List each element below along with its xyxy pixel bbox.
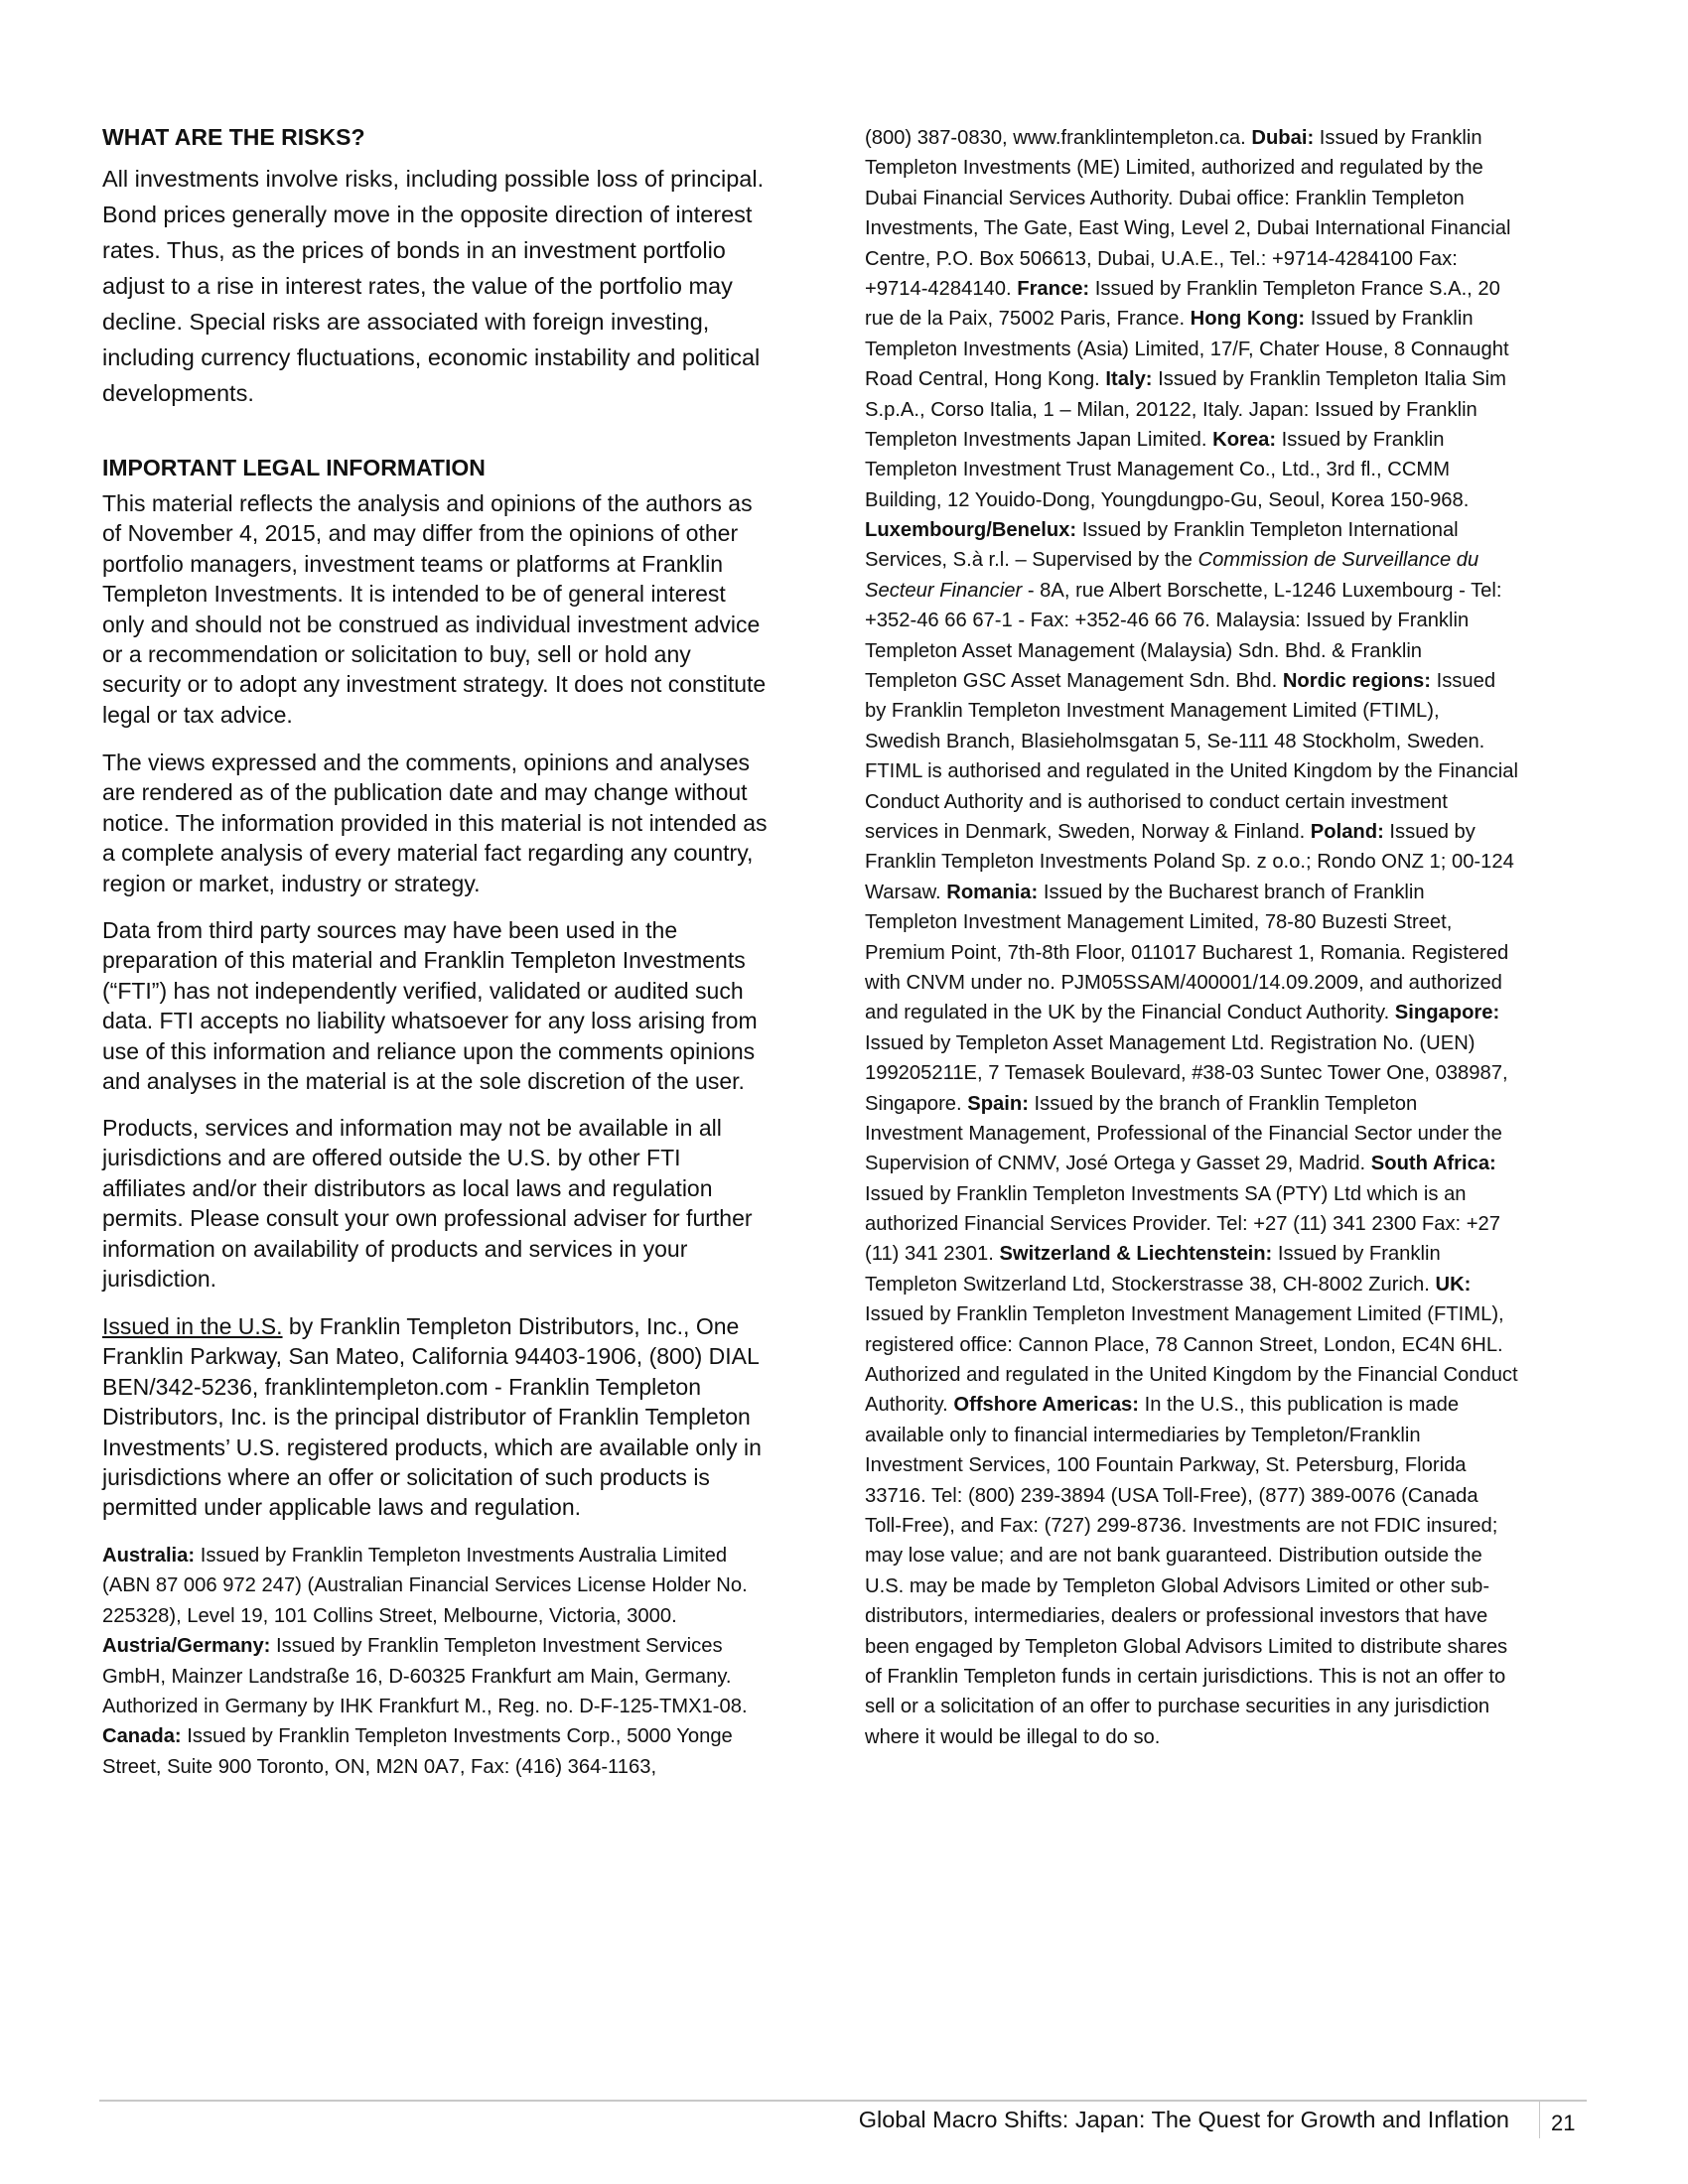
text-line: permits. Please consult your own profess… xyxy=(102,1203,753,1233)
text-line: notice. The information provided in this… xyxy=(102,808,768,838)
text-line: Centre, P.O. Box 506613, Dubai, U.A.E., … xyxy=(865,244,1518,274)
text-line: GmbH, Mainzer Landstraße 16, D-60325 Fra… xyxy=(102,1662,748,1692)
text-span: Issued by Franklin xyxy=(1276,429,1444,451)
text-line: where it would be illegal to do so. xyxy=(865,1722,1518,1752)
issued-in-us-label: Issued in the U.S. xyxy=(102,1313,283,1339)
text-line: legal or tax advice. xyxy=(102,700,766,730)
text-span: Issued by Franklin Templeton France S.A.… xyxy=(1089,278,1500,300)
us-issued-paragraph: Issued in the U.S. by Franklin Templeton… xyxy=(102,1311,762,1523)
text-span: GmbH, Mainzer Landstraße 16, D-60325 Fra… xyxy=(102,1666,732,1688)
text-line: Templeton Investments (Asia) Limited, 17… xyxy=(865,335,1518,364)
text-line: services in Denmark, Sweden, Norway & Fi… xyxy=(865,817,1518,847)
text-line: +352-46 66 67-1 - Fax: +352-46 66 76. Ma… xyxy=(865,606,1518,635)
text-span: Investment Services, 100 Fountain Parkwa… xyxy=(865,1454,1467,1476)
text-span: Dubai Financial Services Authority. Duba… xyxy=(865,188,1465,209)
text-span: Templeton Investment Management Limited,… xyxy=(865,911,1452,933)
text-line: Templeton Investment Trust Management Co… xyxy=(865,455,1518,484)
text-span: 33716. Tel: (800) 239-3894 (USA Toll-Fre… xyxy=(865,1485,1478,1507)
text-span: Singapore. xyxy=(865,1093,967,1115)
text-span: +352-46 66 67-1 - Fax: +352-46 66 76. Ma… xyxy=(865,610,1469,631)
text-span: Issued by Franklin Templeton Internation… xyxy=(1076,519,1459,541)
text-span: +9714-4284140. xyxy=(865,278,1017,300)
text-line: and analyses in the material is at the s… xyxy=(102,1066,758,1096)
text-line: Templeton Investment Management Limited,… xyxy=(865,907,1518,937)
text-span: Swedish Branch, Blasieholmsgatan 5, Se-1… xyxy=(865,731,1484,752)
text-span: with CNVM under no. PJM05SSAM/400001/14.… xyxy=(865,972,1502,994)
text-line: Templeton GSC Asset Management Sdn. Bhd.… xyxy=(865,666,1518,696)
text-span: Supervision of CNMV, José Ortega y Gasse… xyxy=(865,1153,1371,1174)
text-line: Investments’ U.S. registered products, w… xyxy=(102,1433,762,1462)
text-line: (11) 341 2301. Switzerland & Liechtenste… xyxy=(865,1239,1518,1269)
text-span: U.S. may be made by Templeton Global Adv… xyxy=(865,1575,1489,1597)
text-span: registered office: Cannon Place, 78 Cann… xyxy=(865,1334,1503,1356)
text-line: This material reflects the analysis and … xyxy=(102,488,766,518)
text-line: only and should not be construed as indi… xyxy=(102,610,766,639)
text-line: Authorized and regulated in the United K… xyxy=(865,1360,1518,1390)
text-line: Issued by Franklin Templeton Investments… xyxy=(865,1179,1518,1209)
text-line: Services, S.à r.l. – Supervised by the C… xyxy=(865,545,1518,575)
text-line: information on availability of products … xyxy=(102,1234,753,1264)
text-span: Issued by the branch of Franklin Templet… xyxy=(1029,1093,1417,1115)
text-span: Franklin Templeton Investments Poland Sp… xyxy=(865,851,1514,873)
text-line: Swedish Branch, Blasieholmsgatan 5, Se-1… xyxy=(865,727,1518,756)
text-span: by Franklin Templeton Investment Managem… xyxy=(865,700,1440,722)
text-span: - 8A, rue Albert Borschette, L-1246 Luxe… xyxy=(1022,580,1501,602)
text-line: by Franklin Templeton Investment Managem… xyxy=(865,696,1518,726)
text-span: FTIML is authorised and regulated in the… xyxy=(865,760,1518,782)
text-span: Issued by Templeton Asset Management Ltd… xyxy=(865,1032,1476,1054)
text-span: Issued by Franklin Templeton Investment … xyxy=(865,1303,1504,1325)
footer-divider xyxy=(1539,2101,1540,2138)
text-span: Services, S.à r.l. – Supervised by the xyxy=(865,549,1198,571)
text-line: Road Central, Hong Kong. Italy: Issued b… xyxy=(865,364,1518,394)
region-label: Switzerland & Liechtenstein: xyxy=(999,1243,1272,1265)
region-label: Poland: xyxy=(1311,821,1384,843)
text-span: Templeton Investments (Asia) Limited, 17… xyxy=(865,339,1509,360)
text-line: 225328), Level 19, 101 Collins Street, M… xyxy=(102,1601,748,1631)
text-line: Australia: Issued by Franklin Templeton … xyxy=(102,1541,748,1570)
text-line: Templeton Investments. It is intended to… xyxy=(102,579,766,609)
text-span: Issued by Franklin xyxy=(1272,1243,1440,1265)
text-span: Templeton Switzerland Ltd, Stockerstrass… xyxy=(865,1274,1435,1296)
text-line: jurisdiction. xyxy=(102,1264,753,1294)
text-line: Franklin Parkway, San Mateo, California … xyxy=(102,1341,762,1371)
text-span: Premium Point, 7th-8th Floor, 011017 Buc… xyxy=(865,942,1508,964)
text-line: sell or a solicitation of an offer to pu… xyxy=(865,1692,1518,1721)
text-line: decline. Special risks are associated wi… xyxy=(102,304,764,340)
region-label: Italy: xyxy=(1105,368,1152,390)
text-span: S.p.A., Corso Italia, 1 – Milan, 20122, … xyxy=(865,399,1477,421)
text-span: Issued by Franklin xyxy=(1305,308,1473,330)
text-span: Road Central, Hong Kong. xyxy=(865,368,1105,390)
text-line: Investments, The Gate, East Wing, Level … xyxy=(865,213,1518,243)
legal-paragraph-4: Products, services and information may n… xyxy=(102,1113,753,1294)
footer-rule xyxy=(99,2100,1587,2102)
text-span: Authorized and regulated in the United K… xyxy=(865,1364,1518,1386)
text-line: with CNVM under no. PJM05SSAM/400001/14.… xyxy=(865,968,1518,998)
text-span: Templeton Investments (ME) Limited, auth… xyxy=(865,157,1483,179)
footer-title: Global Macro Shifts: Japan: The Quest fo… xyxy=(859,2107,1509,2133)
text-line: region or market, industry or strategy. xyxy=(102,869,768,898)
text-line: and regulated in the UK by the Financial… xyxy=(865,998,1518,1027)
region-label: Hong Kong: xyxy=(1191,308,1305,330)
region-label: Luxembourg/Benelux: xyxy=(865,519,1076,541)
text-line: preparation of this material and Frankli… xyxy=(102,945,758,975)
text-line: Dubai Financial Services Authority. Duba… xyxy=(865,184,1518,213)
text-line: Authorized in Germany by IHK Frankfurt M… xyxy=(102,1692,748,1721)
text-span: In the U.S., this publication is made xyxy=(1139,1394,1459,1416)
text-line: available only to financial intermediari… xyxy=(865,1421,1518,1450)
text-line: Premium Point, 7th-8th Floor, 011017 Buc… xyxy=(865,938,1518,968)
text-line: or a recommendation or solicitation to b… xyxy=(102,639,766,669)
text-span: Investments, The Gate, East Wing, Level … xyxy=(865,217,1510,239)
legal-paragraph-1: This material reflects the analysis and … xyxy=(102,488,766,730)
text-line: Products, services and information may n… xyxy=(102,1113,753,1143)
region-label: Australia: xyxy=(102,1545,195,1567)
text-span: (800) 387-0830, www.franklintempleton.ca… xyxy=(865,127,1251,149)
text-span: Authority. xyxy=(865,1394,953,1416)
text-line: Templeton Investments Japan Limited. Kor… xyxy=(865,425,1518,455)
text-line: Investment Services, 100 Fountain Parkwa… xyxy=(865,1450,1518,1480)
text-line: of Franklin Templeton funds in certain j… xyxy=(865,1662,1518,1692)
text-line: (ABN 87 006 972 247) (Australian Financi… xyxy=(102,1570,748,1600)
text-span: Issued by Franklin xyxy=(1314,127,1481,149)
text-line: are rendered as of the publication date … xyxy=(102,777,768,807)
text-line: Authority. Offshore Americas: In the U.S… xyxy=(865,1390,1518,1420)
text-span: Templeton GSC Asset Management Sdn. Bhd. xyxy=(865,670,1283,692)
text-line: Austria/Germany: Issued by Franklin Temp… xyxy=(102,1631,748,1661)
text-span: Centre, P.O. Box 506613, Dubai, U.A.E., … xyxy=(865,248,1458,270)
region-label: Offshore Americas: xyxy=(953,1394,1139,1416)
text-line: FTIML is authorised and regulated in the… xyxy=(865,756,1518,786)
text-span: Issued by the Bucharest branch of Frankl… xyxy=(1038,882,1424,903)
text-line: rue de la Paix, 75002 Paris, France. Hon… xyxy=(865,304,1518,334)
text-span: Issued by Franklin Templeton Investment … xyxy=(270,1635,722,1657)
text-span: Authorized in Germany by IHK Frankfurt M… xyxy=(102,1696,748,1717)
text-line: Issued by Templeton Asset Management Ltd… xyxy=(865,1028,1518,1058)
text-line: Issued in the U.S. by Franklin Templeton… xyxy=(102,1311,762,1341)
text-line: (“FTI”) has not independently verified, … xyxy=(102,976,758,1006)
text-span: Issued by Franklin Templeton Investments… xyxy=(182,1725,733,1747)
text-span: Investment Management, Professional of t… xyxy=(865,1123,1502,1145)
text-span: Templeton Investment Trust Management Co… xyxy=(865,459,1450,480)
text-line: affiliates and/or their distributors as … xyxy=(102,1173,753,1203)
text-line: Conduct Authority and is authorised to c… xyxy=(865,787,1518,817)
text-span: Street, Suite 900 Toronto, ON, M2N 0A7, … xyxy=(102,1756,656,1778)
region-label: Austria/Germany: xyxy=(102,1635,270,1657)
text-span: 199205211E, 7 Temasek Boulevard, #38-03 … xyxy=(865,1062,1508,1084)
text-span: and regulated in the UK by the Financial… xyxy=(865,1002,1395,1024)
region-label: France: xyxy=(1017,278,1089,300)
text-line: The views expressed and the comments, op… xyxy=(102,748,768,777)
text-span: where it would be illegal to do so. xyxy=(865,1726,1160,1748)
text-line: BEN/342-5236, franklintempleton.com - Fr… xyxy=(102,1372,762,1402)
text-span: 225328), Level 19, 101 Collins Street, M… xyxy=(102,1605,677,1627)
text-line: Investment Management, Professional of t… xyxy=(865,1119,1518,1149)
text-span: rue de la Paix, 75002 Paris, France. xyxy=(865,308,1191,330)
page-number: 21 xyxy=(1551,2111,1575,2136)
text-line: Warsaw. Romania: Issued by the Bucharest… xyxy=(865,878,1518,907)
region-label: Korea: xyxy=(1212,429,1276,451)
region-label: Spain: xyxy=(967,1093,1029,1115)
text-span: available only to financial intermediari… xyxy=(865,1425,1421,1446)
region-label: UK: xyxy=(1435,1274,1471,1296)
text-line: of November 4, 2015, and may differ from… xyxy=(102,518,766,548)
text-span: Secteur Financier xyxy=(865,580,1022,602)
legal-paragraph-2: The views expressed and the comments, op… xyxy=(102,748,768,898)
text-line: jurisdictions and are offered outside th… xyxy=(102,1143,753,1172)
text-line: Franklin Templeton Investments Poland Sp… xyxy=(865,847,1518,877)
text-line: a complete analysis of every material fa… xyxy=(102,838,768,868)
text-line: authorized Financial Services Provider. … xyxy=(865,1209,1518,1239)
text-line: Singapore. Spain: Issued by the branch o… xyxy=(865,1089,1518,1119)
text-line: Issued by Franklin Templeton Investment … xyxy=(865,1299,1518,1329)
text-line: Secteur Financier - 8A, rue Albert Borsc… xyxy=(865,576,1518,606)
text-span: distributors, intermediaries, dealers or… xyxy=(865,1605,1487,1627)
region-label: Romania: xyxy=(946,882,1038,903)
text-span: Issued by Franklin Templeton Investments… xyxy=(865,1183,1467,1205)
risks-paragraph: All investments involve risks, including… xyxy=(102,161,764,411)
text-line: Canada: Issued by Franklin Templeton Inv… xyxy=(102,1721,748,1751)
text-span: Templeton Investments Japan Limited. xyxy=(865,429,1212,451)
text-line: security or to adopt any investment stra… xyxy=(102,669,766,699)
text-line: S.p.A., Corso Italia, 1 – Milan, 20122, … xyxy=(865,395,1518,425)
text-line: registered office: Cannon Place, 78 Cann… xyxy=(865,1330,1518,1360)
text-span: Issued by Franklin Templeton Investments… xyxy=(195,1545,727,1567)
text-line: Templeton Asset Management (Malaysia) Sd… xyxy=(865,636,1518,666)
text-line: 33716. Tel: (800) 239-3894 (USA Toll-Fre… xyxy=(865,1481,1518,1511)
text-span: authorized Financial Services Provider. … xyxy=(865,1213,1500,1235)
text-span: Building, 12 Youido-Dong, Youngdungpo-Gu… xyxy=(865,489,1469,511)
text-line: rates. Thus, as the prices of bonds in a… xyxy=(102,232,764,268)
text-line: 199205211E, 7 Temasek Boulevard, #38-03 … xyxy=(865,1058,1518,1088)
text-span: Issued xyxy=(1431,670,1495,692)
text-span: Commission de Surveillance du xyxy=(1198,549,1479,571)
text-line: jurisdictions where an offer or solicita… xyxy=(102,1462,762,1492)
text-line: Bond prices generally move in the opposi… xyxy=(102,197,764,232)
text-line: been engaged by Templeton Global Advisor… xyxy=(865,1632,1518,1662)
text-line: (800) 387-0830, www.franklintempleton.ca… xyxy=(865,123,1518,153)
text-line: Building, 12 Youido-Dong, Youngdungpo-Gu… xyxy=(865,485,1518,515)
legal-paragraph-3: Data from third party sources may have b… xyxy=(102,915,758,1096)
text-line: Luxembourg/Benelux: Issued by Franklin T… xyxy=(865,515,1518,545)
text-span: been engaged by Templeton Global Advisor… xyxy=(865,1636,1507,1658)
text-span: of Franklin Templeton funds in certain j… xyxy=(865,1666,1505,1688)
legal-heading: IMPORTANT LEGAL INFORMATION xyxy=(102,455,486,481)
text-line: permitted under applicable laws and regu… xyxy=(102,1492,762,1522)
text-span: Conduct Authority and is authorised to c… xyxy=(865,791,1448,813)
regional-disclosures-left: Australia: Issued by Franklin Templeton … xyxy=(102,1541,748,1782)
text-span: (ABN 87 006 972 247) (Australian Financi… xyxy=(102,1574,748,1596)
text-line: may lose value; and are not bank guarant… xyxy=(865,1541,1518,1570)
text-span: services in Denmark, Sweden, Norway & Fi… xyxy=(865,821,1311,843)
text-line: U.S. may be made by Templeton Global Adv… xyxy=(865,1571,1518,1601)
text-span: may lose value; and are not bank guarant… xyxy=(865,1545,1482,1567)
text-line: including currency fluctuations, economi… xyxy=(102,340,764,375)
text-line: Toll-Free), and Fax: (727) 299-8736. Inv… xyxy=(865,1511,1518,1541)
text-span: sell or a solicitation of an offer to pu… xyxy=(865,1696,1489,1717)
text-line: Street, Suite 900 Toronto, ON, M2N 0A7, … xyxy=(102,1752,748,1782)
risks-heading: WHAT ARE THE RISKS? xyxy=(102,124,365,151)
region-label: Nordic regions: xyxy=(1283,670,1431,692)
text-line: Templeton Switzerland Ltd, Stockerstrass… xyxy=(865,1270,1518,1299)
text-span: Issued by Franklin Templeton Italia Sim xyxy=(1153,368,1506,390)
text-line: +9714-4284140. France: Issued by Frankli… xyxy=(865,274,1518,304)
region-label: Canada: xyxy=(102,1725,182,1747)
text-line: distributors, intermediaries, dealers or… xyxy=(865,1601,1518,1631)
text-line: Data from third party sources may have b… xyxy=(102,915,758,945)
text-span: Toll-Free), and Fax: (727) 299-8736. Inv… xyxy=(865,1515,1497,1537)
text-span: Templeton Asset Management (Malaysia) Sd… xyxy=(865,640,1422,662)
text-line: Templeton Investments (ME) Limited, auth… xyxy=(865,153,1518,183)
text-line: Distributors, Inc. is the principal dist… xyxy=(102,1402,762,1432)
region-label: Dubai: xyxy=(1251,127,1314,149)
regional-disclosures-right: (800) 387-0830, www.franklintempleton.ca… xyxy=(865,123,1518,1752)
text-line: use of this information and reliance upo… xyxy=(102,1036,758,1066)
text-span: Issued by xyxy=(1384,821,1476,843)
text-line: portfolio managers, investment teams or … xyxy=(102,549,766,579)
region-label: Singapore: xyxy=(1395,1002,1499,1024)
text-line: adjust to a rise in interest rates, the … xyxy=(102,268,764,304)
text-line: Supervision of CNMV, José Ortega y Gasse… xyxy=(865,1149,1518,1178)
text-span: (11) 341 2301. xyxy=(865,1243,999,1265)
text-line: data. FTI accepts no liability whatsoeve… xyxy=(102,1006,758,1035)
text-line: All investments involve risks, including… xyxy=(102,161,764,197)
text-line: developments. xyxy=(102,375,764,411)
text-span: Warsaw. xyxy=(865,882,946,903)
text-span: by Franklin Templeton Distributors, Inc.… xyxy=(283,1313,740,1339)
region-label: South Africa: xyxy=(1371,1153,1496,1174)
